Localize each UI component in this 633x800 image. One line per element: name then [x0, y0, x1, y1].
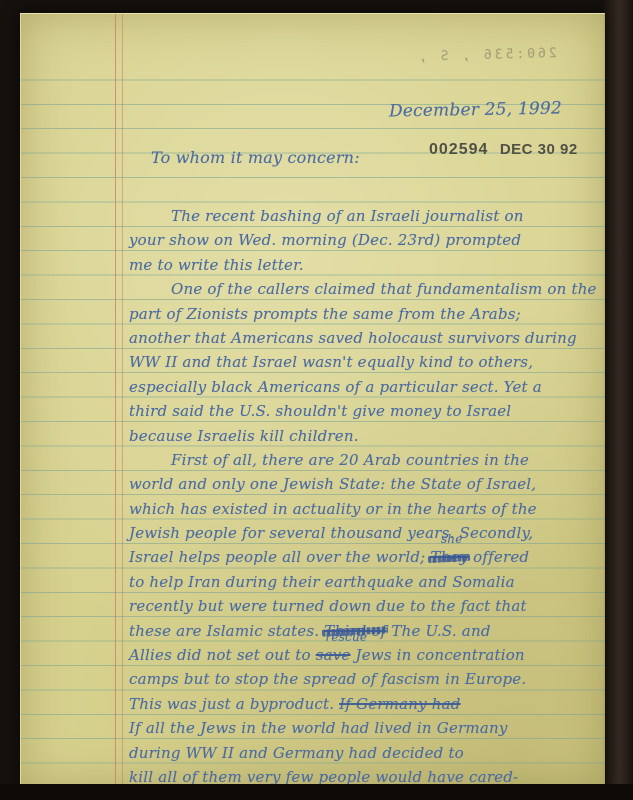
letter-text: Israel helps people all over the world; — [129, 548, 430, 566]
letter-line: Israel helps people all over the world; … — [129, 545, 607, 569]
letter-text: another that Americans saved holocaust s… — [129, 329, 577, 347]
letter-text: third said the U.S. shouldn't give money… — [129, 402, 511, 420]
letter-line: during WW II and Germany had decided to — [129, 741, 607, 765]
letter-text: world and only one Jewish State: the Sta… — [129, 475, 536, 493]
struck-word: save — [316, 646, 351, 664]
letter-line: third said the U.S. shouldn't give money… — [129, 399, 607, 423]
handwritten-date: December 25, 1992 — [389, 98, 562, 121]
letter-line: these are Islamic states. Third of The U… — [129, 619, 607, 643]
letter-line: to help Iran during their earthquake and… — [129, 570, 607, 594]
letter-text: because Israelis kill children. — [129, 427, 359, 445]
letter-text: your show on Wed. morning (Dec. 23rd) pr… — [129, 231, 521, 249]
correction: rescuesave — [316, 643, 351, 667]
letter-line: If all the Jews in the world had lived i… — [129, 716, 607, 740]
bleedthrough-stamp: 260:536 , S , — [416, 46, 557, 65]
letter-page: 260:536 , S , December 25, 1992 002594 D… — [20, 13, 605, 786]
red-margin-line — [115, 14, 123, 786]
letter-text: me to write this letter. — [129, 256, 304, 274]
inserted-word: rescue — [325, 631, 367, 643]
letter-text: during WW II and Germany had decided to — [129, 744, 464, 762]
received-date-stamp: 002594 DEC 30 92 — [429, 141, 578, 159]
letter-text: Allies did not set out to — [129, 646, 316, 664]
letter-text: If all the Jews in the world had lived i… — [129, 719, 508, 737]
letter-text: The recent bashing of an Israeli journal… — [171, 207, 524, 225]
letter-text: WW II and that Israel wasn't equally kin… — [129, 353, 533, 371]
letter-line: another that Americans saved holocaust s… — [129, 326, 607, 350]
salutation: To whom it may concern: — [151, 148, 360, 167]
letter-text: camps but to stop the spread of fascism … — [129, 670, 526, 688]
inserted-word: she — [441, 533, 463, 545]
letter-line: especially black Americans of a particul… — [129, 375, 607, 399]
letter-text: First of all, there are 20 Arab countrie… — [171, 451, 529, 469]
letter-line: kill all of them very few people would h… — [129, 765, 607, 789]
letter-line: your show on Wed. morning (Dec. 23rd) pr… — [129, 228, 607, 252]
letter-line: because Israelis kill children. — [129, 424, 607, 448]
letter-line: First of all, there are 20 Arab countrie… — [129, 448, 607, 472]
letter-text: Jewish people for several thousand years… — [129, 524, 533, 542]
letter-line: WW II and that Israel wasn't equally kin… — [129, 350, 607, 374]
letter-line: part of Zionists prompts the same from t… — [129, 302, 607, 326]
letter-text: recently but were turned down due to the… — [129, 597, 527, 615]
letter-line: world and only one Jewish State: the Sta… — [129, 472, 607, 496]
letter-text: kill all of them very few people would h… — [129, 768, 518, 786]
letter-body: The recent bashing of an Israeli journal… — [129, 204, 607, 789]
stamp-date: DEC 30 92 — [500, 141, 578, 158]
letter-text: offered — [468, 548, 529, 566]
stamp-number: 002594 — [429, 141, 488, 158]
letter-text: especially black Americans of a particul… — [129, 378, 542, 396]
letter-text: Jews in concentration — [351, 646, 525, 664]
letter-text: This was just a byproduct. — [129, 695, 339, 713]
letter-text: part of Zionists prompts the same from t… — [129, 305, 521, 323]
letter-line: One of the callers claimed that fundamen… — [129, 277, 607, 301]
letter-line: recently but were turned down due to the… — [129, 594, 607, 618]
letter-line: Allies did not set out to rescuesave Jew… — [129, 643, 607, 667]
letter-text: The U.S. and — [386, 622, 490, 640]
photo-frame-edge — [603, 0, 633, 800]
letter-line: camps but to stop the spread of fascism … — [129, 667, 607, 691]
letter-line: me to write this letter. — [129, 253, 607, 277]
letter-text: these are Islamic states. — [129, 622, 324, 640]
letter-text: to help Iran during their earthquake and… — [129, 573, 515, 591]
letter-line: The recent bashing of an Israeli journal… — [129, 204, 607, 228]
letter-line: This was just a byproduct. If Germany ha… — [129, 692, 607, 716]
letter-line: which has existed in actuality or in the… — [129, 497, 607, 521]
struck-word: They — [430, 545, 468, 569]
letter-text: which has existed in actuality or in the… — [129, 500, 537, 518]
struck-word: If Germany had — [339, 695, 460, 713]
letter-text: One of the callers claimed that fundamen… — [171, 280, 597, 298]
correction: sheThey — [430, 545, 468, 569]
letter-line: Jewish people for several thousand years… — [129, 521, 607, 545]
